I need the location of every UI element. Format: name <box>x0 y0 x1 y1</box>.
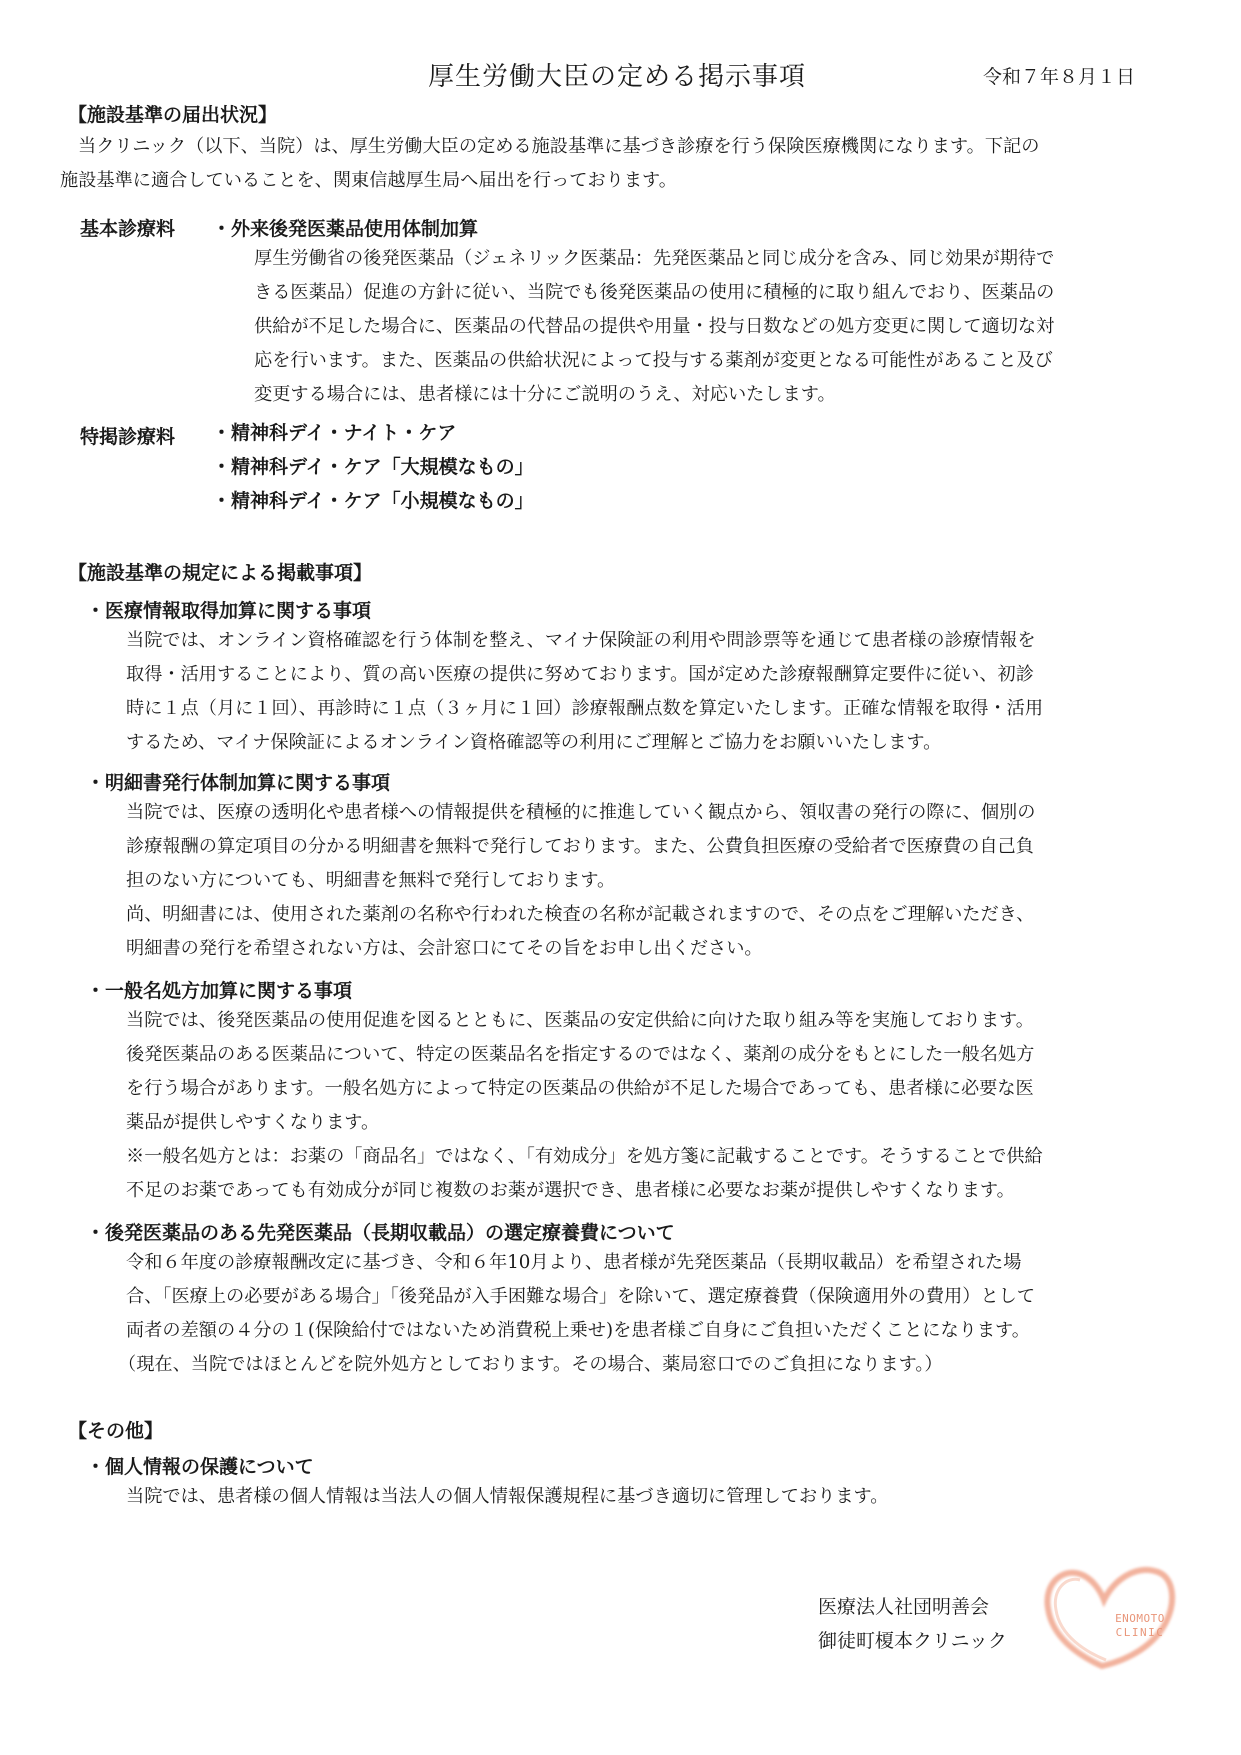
document-date: 令和７年８月１日 <box>983 62 1135 89</box>
body-line: 薬品が提供しやすくなります。 <box>126 1106 1043 1140</box>
logo-text-enomoto: ENOMOTO <box>1115 1612 1165 1625</box>
logo-text-clinic: CLINIC <box>1116 1626 1165 1639</box>
desc-line: 厚生労働省の後発医薬品（ジェネリック医薬品：先発医薬品と同じ成分を含み、同じ効果… <box>254 242 1054 276</box>
item-title-generic-prescription: ・一般名処方加算に関する事項 <box>86 976 352 1003</box>
item-body-generic-prescription: 当院では、後発医薬品の使用促進を図るとともに、医薬品の安定供給に向けた取り組み等… <box>126 1004 1043 1208</box>
body-line: を行う場合があります。一般名処方によって特定の医薬品の供給が不足した場合であって… <box>126 1072 1043 1106</box>
clinic-logo: ENOMOTO CLINIC <box>1040 1560 1180 1680</box>
body-line: 不足のお薬であっても有効成分が同じ複数のお薬が選択でき、患者様に必要なお薬が提供… <box>126 1174 1043 1208</box>
body-line: 両者の差額の４分の１(保険給付ではないため消費税上乗せ)を患者様ご自身にご負担い… <box>126 1314 1035 1348</box>
desc-line: きる医薬品）促進の方針に従い、当院でも後発医薬品の使用に積極的に取り組んでおり、… <box>254 276 1054 310</box>
body-line: 取得・活用することにより、質の高い医療の提供に努めております。国が定めた診療報酬… <box>126 658 1043 692</box>
body-line: 尚、明細書には、使用された薬剤の名称や行われた検査の名称が記載されますので、その… <box>126 898 1035 932</box>
body-line: ※一般名処方とは：お薬の「商品名」ではなく、「有効成分」を処方箋に記載することで… <box>126 1140 1043 1174</box>
body-line: 当院では、後発医薬品の使用促進を図るとともに、医薬品の安定供給に向けた取り組み等… <box>126 1004 1043 1038</box>
intro-line: 当クリニック（以下、当院）は、厚生労働大臣の定める施設基準に基づき診療を行う保険… <box>60 130 1039 164</box>
item-title-selective-care-fee: ・後発医薬品のある先発医薬品（長期収載品）の選定療養費について <box>86 1218 675 1245</box>
basic-fee-label: 基本診療料 <box>80 214 175 241</box>
desc-line: 供給が不足した場合に、医薬品の代替品の提供や用量・投与日数などの処方変更に関して… <box>254 310 1054 344</box>
intro-paragraph: 当クリニック（以下、当院）は、厚生労働大臣の定める施設基準に基づき診療を行う保険… <box>60 130 1039 198</box>
body-line: 当院では、医療の透明化や患者様への情報提供を積極的に推進していく観点から、領収書… <box>126 796 1035 830</box>
section-heading-other: 【その他】 <box>68 1416 163 1443</box>
special-fee-item: ・精神科デイ・ケア「大規模なもの」 <box>212 450 534 484</box>
item-body-privacy: 当院では、患者様の個人情報は当法人の個人情報保護規程に基づき適切に管理しておりま… <box>126 1480 888 1514</box>
section-heading-filing-status: 【施設基準の届出状況】 <box>68 100 277 127</box>
body-line: 診療報酬の算定項目の分かる明細書を無料で発行しております。また、公費負担医療の受… <box>126 830 1035 864</box>
desc-line: 応を行います。また、医薬品の供給状況によって投与する薬剤が変更となる可能性がある… <box>254 344 1054 378</box>
org-corporation-name: 医療法人社団明善会 <box>818 1590 1007 1624</box>
document-title: 厚生労働大臣の定める掲示事項 <box>428 56 806 93</box>
organization-name: 医療法人社団明善会 御徒町榎本クリニック <box>818 1590 1007 1658</box>
item-title-privacy: ・個人情報の保護について <box>86 1452 314 1479</box>
special-fee-list: ・精神科デイ・ナイト・ケア ・精神科デイ・ケア「大規模なもの」 ・精神科デイ・ケ… <box>212 416 534 518</box>
basic-fee-item: ・外来後発医薬品使用体制加算 <box>212 214 478 241</box>
body-line: 当院では、オンライン資格確認を行う体制を整え、マイナ保険証の利用や問診票等を通じ… <box>126 624 1043 658</box>
body-line: 令和６年度の診療報酬改定に基づき、令和６年10月より、患者様が先発医薬品（長期収… <box>126 1246 1035 1280</box>
item-body-medical-info: 当院では、オンライン資格確認を行う体制を整え、マイナ保険証の利用や問診票等を通じ… <box>126 624 1043 760</box>
org-clinic-name: 御徒町榎本クリニック <box>818 1624 1007 1658</box>
heart-logo-icon: ENOMOTO CLINIC <box>1040 1560 1180 1680</box>
body-line: 当院では、患者様の個人情報は当法人の個人情報保護規程に基づき適切に管理しておりま… <box>126 1480 888 1514</box>
body-line: 後発医薬品のある医薬品について、特定の医薬品名を指定するのではなく、薬剤の成分を… <box>126 1038 1043 1072</box>
item-body-itemized-receipt: 当院では、医療の透明化や患者様への情報提供を積極的に推進していく観点から、領収書… <box>126 796 1035 966</box>
item-title-itemized-receipt: ・明細書発行体制加算に関する事項 <box>86 768 390 795</box>
section-heading-posted-items: 【施設基準の規定による掲載事項】 <box>68 558 372 585</box>
body-line: するため、マイナ保険証によるオンライン資格確認等の利用にご理解とご協力をお願いい… <box>126 726 1043 760</box>
body-line: 明細書の発行を希望されない方は、会計窓口にてその旨をお申し出ください。 <box>126 932 1035 966</box>
item-body-selective-care-fee: 令和６年度の診療報酬改定に基づき、令和６年10月より、患者様が先発医薬品（長期収… <box>126 1246 1035 1382</box>
item-title-medical-info: ・医療情報取得加算に関する事項 <box>86 596 371 623</box>
desc-line: 変更する場合には、患者様には十分にご説明のうえ、対応いたします。 <box>254 378 1054 412</box>
body-line: 担のない方についても、明細書を無料で発行しております。 <box>126 864 1035 898</box>
special-fee-label: 特掲診療料 <box>80 422 175 449</box>
body-line: （現在、当院ではほとんどを院外処方としております。その場合、薬局窓口でのご負担に… <box>118 1348 1035 1382</box>
basic-fee-description: 厚生労働省の後発医薬品（ジェネリック医薬品：先発医薬品と同じ成分を含み、同じ効果… <box>254 242 1054 412</box>
body-line: 時に１点（月に１回）、再診時に１点（３ヶ月に１回）診療報酬点数を算定いたします。… <box>126 692 1043 726</box>
special-fee-item: ・精神科デイ・ケア「小規模なもの」 <box>212 484 534 518</box>
body-line: 合、「医療上の必要がある場合」「後発品が入手困難な場合」を除いて、選定療養費（保… <box>126 1280 1035 1314</box>
intro-line: 施設基準に適合していることを、関東信越厚生局へ届出を行っております。 <box>60 164 1039 198</box>
special-fee-item: ・精神科デイ・ナイト・ケア <box>212 416 534 450</box>
